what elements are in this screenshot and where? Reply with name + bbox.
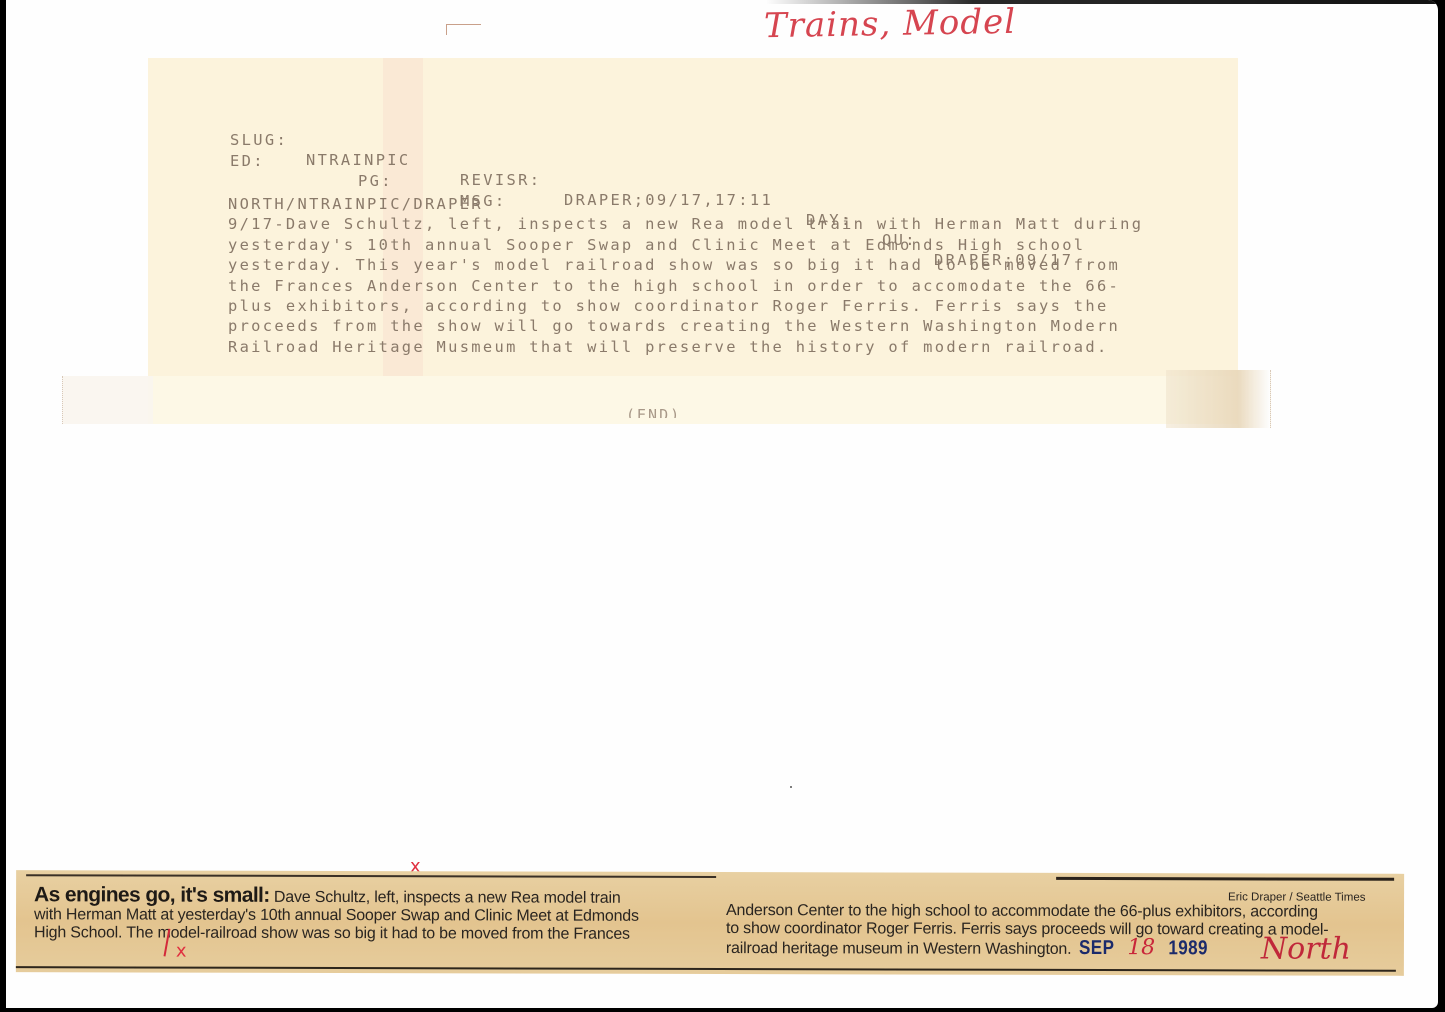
wire-end-marker: (END) (626, 406, 681, 418)
wire-story-line: plus exhibitors, according to show coord… (228, 296, 1143, 316)
slug-value: NTRAINPIC (306, 150, 411, 170)
red-x-mark: x (176, 941, 187, 962)
date-stamp-year: 1989 (1169, 939, 1209, 957)
caption-line: High School. The model-railroad show was… (34, 924, 714, 944)
clipping-rule (26, 874, 716, 878)
handwritten-subject-note: Trains, Model (764, 2, 1017, 46)
ed-label: ED: (230, 151, 265, 171)
wire-story-line: proceeds from the show will go towards c… (228, 316, 1143, 336)
pg-label: PG: (358, 171, 393, 191)
newspaper-clipping: Eric Draper / Seattle Times As engines g… (16, 870, 1404, 976)
scan-edge-shadow (1438, 0, 1445, 1012)
wire-story-path: NORTH/NTRAINPIC/DRAPER (228, 194, 1143, 214)
date-stamp-month: SEP (1079, 939, 1114, 957)
wire-story-line: yesterday. This year's model railroad sh… (228, 255, 1143, 275)
wire-story-body: NORTH/NTRAINPIC/DRAPER 9/17-Dave Schultz… (228, 194, 1143, 357)
caption-line: with Herman Matt at yesterday's 10th ann… (34, 906, 714, 926)
caption-line: railroad heritage museum in Western Wash… (726, 940, 1071, 958)
tape-right (1166, 370, 1271, 428)
date-stamp-day-handwritten: 18 (1127, 939, 1155, 957)
wire-story-line: Railroad Heritage Musmeum that will pres… (228, 337, 1143, 357)
wire-story-line: 9/17-Dave Schultz, left, inspects a new … (228, 214, 1143, 234)
caption-line: Dave Schultz, left, inspects a new Rea m… (274, 889, 621, 907)
corner-crop-mark (446, 24, 481, 35)
wire-story-line: the Frances Anderson Center to the high … (228, 276, 1143, 296)
clipping-rule (16, 966, 1396, 972)
photo-credit: Eric Draper / Seattle Times (1228, 891, 1365, 903)
caption-line: Anderson Center to the high school to ac… (726, 902, 1391, 922)
tape-left (62, 376, 153, 424)
handwritten-edition-note: North (1261, 931, 1351, 966)
photo-back-page: Trains, Model SLUG: NTRAINPIC REVISR: DR… (6, 0, 1438, 1008)
caption-headline: As engines go, it's small: (34, 883, 270, 907)
dust-speck (790, 786, 792, 788)
revisr-label: REVISR: (460, 170, 541, 190)
caption-column-left: As engines go, it's small: Dave Schultz,… (34, 886, 714, 944)
clipping-rule (1056, 877, 1394, 881)
wire-story-line: yesterday's 10th annual Sooper Swap and … (228, 235, 1143, 255)
